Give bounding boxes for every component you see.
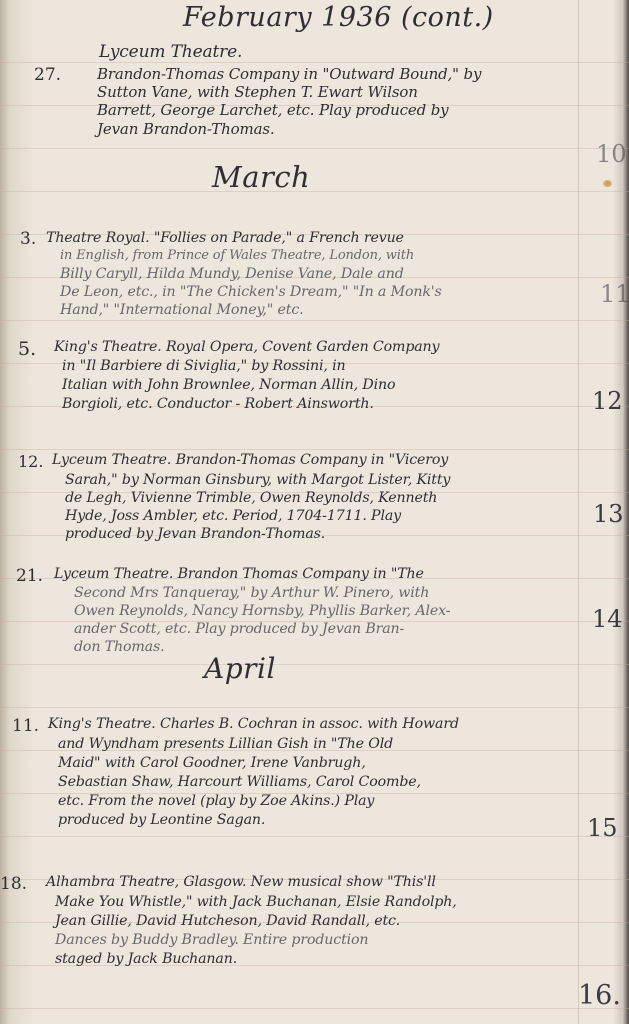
page-number-margin-line [578,0,579,1024]
entry-line: Billy Caryll, Hilda Mundy, Denise Vane, … [60,266,404,283]
entry-day: 18. [0,874,27,894]
page-number: 13 [593,500,624,528]
entry-line: Alhambra Theatre, Glasgow. New musical s… [46,874,436,891]
entry-day: 3. [20,229,36,249]
entry-line: Lyceum Theatre. Brandon Thomas Company i… [54,566,424,583]
entry-line: King's Theatre. Charles B. Cochran in as… [48,716,459,733]
entry-line: produced by Jevan Brandon-Thomas. [65,526,325,543]
entry-day: 5. [18,338,36,360]
entry-line: in "Il Barbiere di Siviglia," by Rossini… [62,358,346,375]
entry-line: Sebastian Shaw, Harcourt Williams, Carol… [58,774,421,791]
entry-line: Lyceum Theatre. Brandon-Thomas Company i… [52,452,448,469]
page-number: 10 [596,140,627,168]
entry-day: 27. [34,65,61,85]
entry-day: 11. [12,716,39,736]
month-heading: April [204,652,276,685]
entry-line: Hyde, Joss Ambler, etc. Period, 1704-171… [65,508,401,525]
entry-line: Hand," "International Money," etc. [60,302,304,319]
entry-line: Make You Whistle," with Jack Buchanan, E… [55,894,457,911]
entry-venue: Lyceum Theatre. [99,44,242,61]
month-heading: March [212,160,310,194]
entry-line: don Thomas. [74,639,164,656]
paper-stain [603,180,612,187]
entry-line: Brandon-Thomas Company in "Outward Bound… [97,66,481,83]
entry-line: produced by Leontine Sagan. [58,812,265,829]
entry-line: Jean Gillie, David Hutcheson, David Rand… [55,913,400,930]
entry-line: in English, from Prince of Wales Theatre… [60,248,414,265]
entry-line: ander Scott, etc. Play produced by Jevan… [74,621,404,638]
page-number: 15 [587,814,618,842]
entry-day: 12. [18,452,43,471]
entry-line: Barrett, George Larchet, etc. Play produ… [97,102,448,119]
entry-line: and Wyndham presents Lillian Gish in "Th… [58,736,393,753]
entry-line: Italian with John Brownlee, Norman Allin… [62,377,395,394]
entry-line: staged by Jack Buchanan. [55,951,237,968]
page-number: 12 [592,387,623,415]
page-number: 16. [578,980,621,1011]
entry-line: Sarah," by Norman Ginsbury, with Margot … [65,472,450,489]
entry-line: etc. From the novel (play by Zoe Akins.)… [58,793,374,810]
entry-line: de Legh, Vivienne Trimble, Owen Reynolds… [65,490,437,507]
entry-day: 21. [16,566,43,586]
entry-line: Second Mrs Tanqueray," by Arthur W. Pine… [74,585,429,602]
entry-line: Dances by Buddy Bradley. Entire producti… [55,932,368,949]
entry-line: Borgioli, etc. Conductor - Robert Ainswo… [62,396,374,413]
entry-line: Sutton Vane, with Stephen T. Ewart Wilso… [97,84,418,101]
page-heading: February 1936 (cont.) [183,2,494,33]
entry-line: King's Theatre. Royal Opera, Covent Gard… [54,339,439,356]
entry-line: Theatre Royal. "Follies on Parade," a Fr… [46,230,404,247]
page-number: 11 [600,280,629,308]
entry-line: Maid" with Carol Goodner, Irene Vanbrugh… [58,755,366,772]
entry-line: De Leon, etc., in "The Chicken's Dream,"… [60,284,442,301]
diary-page: February 1936 (cont.) Lyceum Theatre. 27… [0,0,629,1024]
page-number: 14 [592,605,623,633]
entry-line: Jevan Brandon-Thomas. [97,121,275,138]
entry-line: Owen Reynolds, Nancy Hornsby, Phyllis Ba… [74,603,450,620]
